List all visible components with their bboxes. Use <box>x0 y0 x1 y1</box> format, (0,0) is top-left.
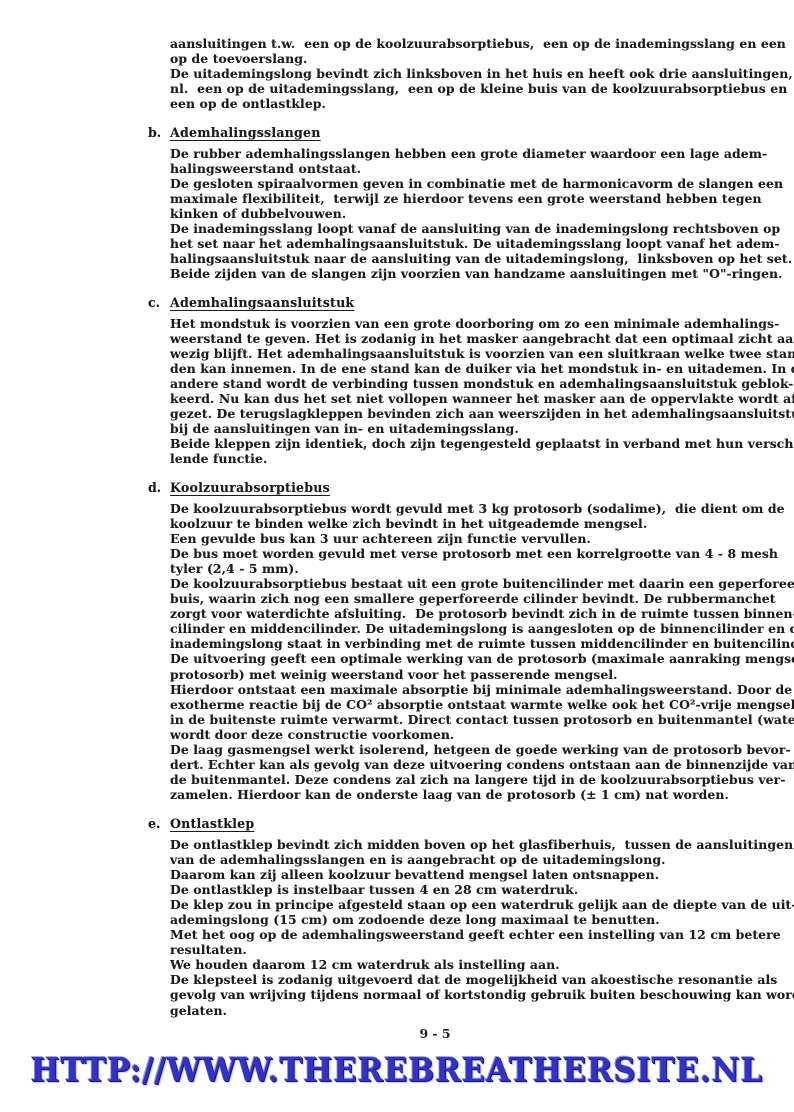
section-title: Ontlastklep <box>170 816 254 831</box>
section-paragraph: De rubber ademhalingsslangen hebben een … <box>170 146 794 282</box>
section-paragraph: De ontlastklep bevindt zich midden boven… <box>170 837 794 1018</box>
section-letter: b. <box>148 125 170 140</box>
section-title: Koolzuurabsorptiebus <box>170 480 330 495</box>
section-heading: b.Ademhalingsslangen <box>148 125 794 140</box>
section-paragraph: De koolzuurabsorptiebus wordt gevuld met… <box>170 501 794 803</box>
section-letter: c. <box>148 295 170 310</box>
section-letter: e. <box>148 816 170 831</box>
section-heading: c.Ademhalingsaansluitstuk <box>148 295 794 310</box>
section-koolzuurabsorptiebus: d.Koolzuurabsorptiebus De koolzuurabsorp… <box>0 480 794 802</box>
section-paragraph: Het mondstuk is voorzien van een grote d… <box>170 316 794 467</box>
page-number: 9 - 5 <box>419 1026 450 1041</box>
document-body: aansluitingen t.w. een op de koolzuurabs… <box>0 36 794 1018</box>
section-ademhalingsslangen: b.Ademhalingsslangen De rubber ademhalin… <box>0 125 794 281</box>
footer-url-band: HTTP://WWW.THEREBREATHERSITE.NL <box>0 1050 794 1089</box>
intro-paragraph: aansluitingen t.w. een op de koolzuurabs… <box>170 36 794 111</box>
section-letter: d. <box>148 480 170 495</box>
section-heading: e.Ontlastklep <box>148 816 794 831</box>
section-ademhalingsaansluitstuk: c.Ademhalingsaansluitstuk Het mondstuk i… <box>0 295 794 466</box>
section-title: Ademhalingsslangen <box>170 125 321 140</box>
footer-url: HTTP://WWW.THEREBREATHERSITE.NL <box>31 1050 763 1089</box>
section-title: Ademhalingsaansluitstuk <box>170 295 354 310</box>
section-ontlastklep: e.Ontlastklep De ontlastklep bevindt zic… <box>0 816 794 1017</box>
section-heading: d.Koolzuurabsorptiebus <box>148 480 794 495</box>
scanned-document-page: aansluitingen t.w. een op de koolzuurabs… <box>0 0 794 1112</box>
